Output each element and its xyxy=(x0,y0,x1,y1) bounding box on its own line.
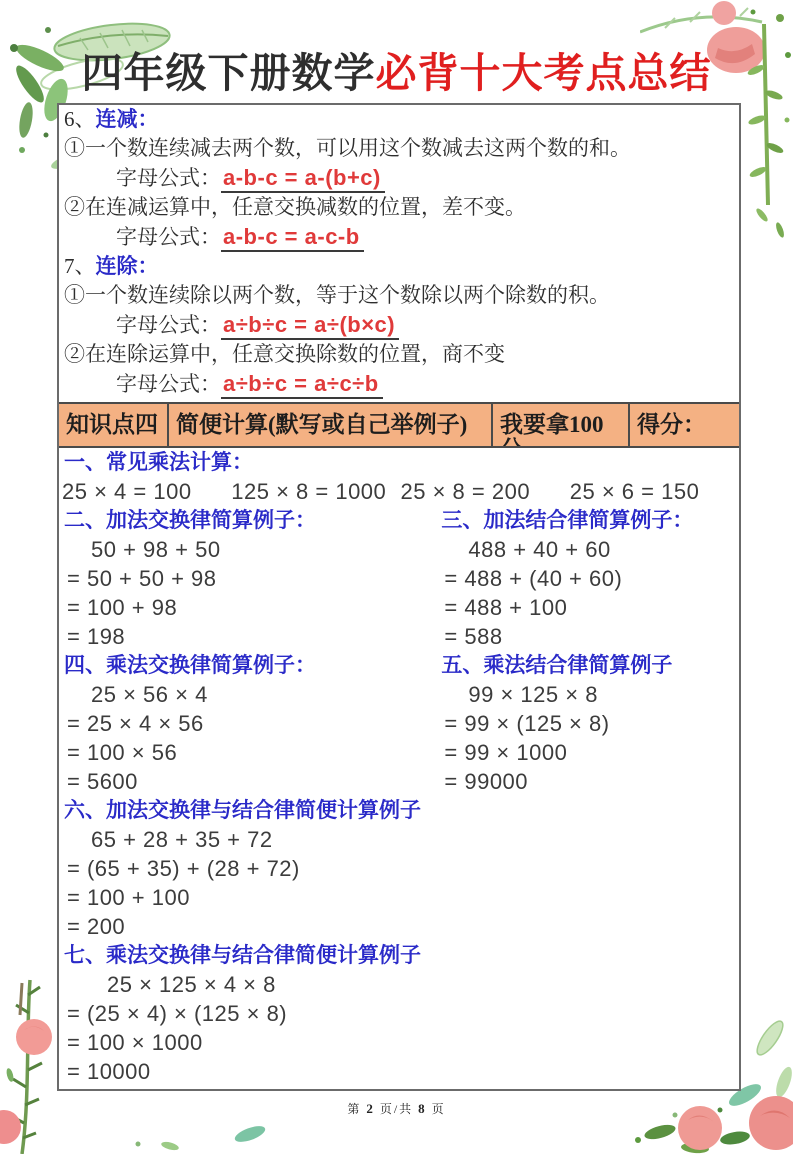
section-7-formula-2: a÷b÷c = a÷c÷b xyxy=(221,371,383,399)
section-7-heading: 7、连除： xyxy=(59,252,739,281)
page-footer: 第 2 页/共 8 页 xyxy=(0,1100,793,1117)
equation-line: 65 + 28 + 35 + 72 xyxy=(59,825,739,854)
section-7-formula-1: a÷b÷c = a÷(b×c) xyxy=(221,312,399,340)
equation-line: = 488 + 100 xyxy=(436,593,739,622)
formula-label: 字母公式： xyxy=(116,313,221,337)
document-page: 四年级下册数学必背十大考点总结 6、连减： ①一个数连续减去两个数，可以用这个数… xyxy=(0,0,793,1154)
section-6-rule-1: ①一个数连续减去两个数，可以用这个数减去这两个数的和。 xyxy=(59,134,739,163)
formula-label: 字母公式： xyxy=(116,166,221,190)
formula-label: 字母公式： xyxy=(116,225,221,249)
example-6-block: 六、加法交换律与结合律简便计算例子 65 + 28 + 35 + 72 = (6… xyxy=(59,796,739,941)
footer-suffix: 页 xyxy=(432,1102,446,1116)
equation-line: 25 × 125 × 4 × 8 xyxy=(59,970,739,999)
equation-line: 50 + 98 + 50 xyxy=(59,535,436,564)
multiplication-fact: 125 × 8 = 1000 xyxy=(231,477,400,506)
formula-label: 字母公式： xyxy=(116,372,221,396)
equation-line: = 99000 xyxy=(436,767,739,796)
equation-line: = 50 + 50 + 98 xyxy=(59,564,436,593)
multiplication-fact: 25 × 4 = 100 xyxy=(62,477,231,506)
equation-line: = 588 xyxy=(436,622,739,651)
examples-row-2-3: 二、加法交换律简算例子： 50 + 98 + 50 = 50 + 50 + 98… xyxy=(59,506,739,651)
section-6-formula-2-line: 字母公式：a-b-c = a-c-b xyxy=(59,222,739,252)
section-7-formula-1-line: 字母公式：a÷b÷c = a÷(b×c) xyxy=(59,310,739,340)
equation-line: 99 × 125 × 8 xyxy=(436,680,739,709)
footer-total-pages: 8 xyxy=(418,1101,427,1116)
example-1-heading: 一、常见乘法计算： xyxy=(59,448,739,477)
knowledge-table-cell-score: 得分： xyxy=(630,404,739,446)
section-6-heading: 6、连减： xyxy=(59,105,739,134)
example-5-block: 五、乘法结合律简算例子 99 × 125 × 8 = 99 × (125 × 8… xyxy=(436,651,739,796)
section-7-rule-1: ①一个数连续除以两个数，等于这个数除以两个除数的积。 xyxy=(59,281,739,310)
multiplication-fact: 25 × 6 = 150 xyxy=(570,477,739,506)
section-7-rule-2: ②在连除运算中，任意交换除数的位置，商不变 xyxy=(59,340,739,369)
knowledge-point-table: 知识点四 简便计算(默写或自己举例子) 我要拿100分 得分： xyxy=(59,402,739,448)
page-title-black-part: 四年级下册数学 xyxy=(82,50,376,96)
section-6-formula-1: a-b-c = a-(b+c) xyxy=(221,165,385,193)
section-6-formula-2: a-b-c = a-c-b xyxy=(221,224,364,252)
example-4-block: 四、乘法交换律简算例子： 25 × 56 × 4 = 25 × 4 × 56 =… xyxy=(59,651,436,796)
example-4-heading: 四、乘法交换律简算例子： xyxy=(59,651,436,680)
equation-line: = (25 × 4) × (125 × 8) xyxy=(59,999,739,1028)
equation-line: = 5600 xyxy=(59,767,436,796)
example-3-heading: 三、加法结合律简算例子： xyxy=(436,506,739,535)
example-2-heading: 二、加法交换律简算例子： xyxy=(59,506,436,535)
footer-prefix: 第 xyxy=(347,1102,361,1116)
multiplication-fact: 25 × 8 = 200 xyxy=(401,477,570,506)
equation-line: = 99 × 1000 xyxy=(436,738,739,767)
equation-line: = 200 xyxy=(59,912,739,941)
equation-line: = (65 + 35) + (28 + 72) xyxy=(59,854,739,883)
equation-line: = 198 xyxy=(59,622,436,651)
example-1-row: 25 × 4 = 100 125 × 8 = 1000 25 × 8 = 200… xyxy=(59,477,739,506)
section-7-number: 7、 xyxy=(64,254,96,278)
equation-line: = 99 × (125 × 8) xyxy=(436,709,739,738)
examples-row-4-5: 四、乘法交换律简算例子： 25 × 56 × 4 = 25 × 4 × 56 =… xyxy=(59,651,739,796)
section-6-label: 连减： xyxy=(96,107,159,131)
knowledge-table-cell-topic: 知识点四 xyxy=(59,404,169,446)
equation-line: = 10000 xyxy=(59,1057,739,1086)
footer-infix: 页/共 xyxy=(380,1102,413,1116)
equation-line: 488 + 40 + 60 xyxy=(436,535,739,564)
page-title-red-part: 必背十大考点总结 xyxy=(376,50,712,96)
equation-line: = 100 + 100 xyxy=(59,883,739,912)
equation-line: = 25 × 4 × 56 xyxy=(59,709,436,738)
section-7-formula-2-line: 字母公式：a÷b÷c = a÷c÷b xyxy=(59,369,739,399)
example-7-heading: 七、乘法交换律与结合律简便计算例子 xyxy=(59,941,739,970)
equation-line: 25 × 56 × 4 xyxy=(59,680,436,709)
section-6-number: 6、 xyxy=(64,107,96,131)
section-6-formula-1-line: 字母公式：a-b-c = a-(b+c) xyxy=(59,163,739,193)
page-title: 四年级下册数学必背十大考点总结 xyxy=(0,40,793,99)
section-7-label: 连除： xyxy=(96,254,159,278)
example-3-block: 三、加法结合律简算例子： 488 + 40 + 60 = 488 + (40 +… xyxy=(436,506,739,651)
equation-line: = 100 × 1000 xyxy=(59,1028,739,1057)
example-2-block: 二、加法交换律简算例子： 50 + 98 + 50 = 50 + 50 + 98… xyxy=(59,506,436,651)
knowledge-table-cell-description: 简便计算(默写或自己举例子) xyxy=(169,404,493,446)
footer-page-number: 2 xyxy=(366,1101,375,1116)
example-6-heading: 六、加法交换律与结合律简便计算例子 xyxy=(59,796,739,825)
section-6-rule-2: ②在连减运算中，任意交换减数的位置，差不变。 xyxy=(59,193,739,222)
equation-line: = 100 × 56 xyxy=(59,738,436,767)
equation-line: = 488 + (40 + 60) xyxy=(436,564,739,593)
knowledge-table-cell-goal: 我要拿100分 xyxy=(493,404,630,446)
equation-line: = 100 + 98 xyxy=(59,593,436,622)
example-5-heading: 五、乘法结合律简算例子 xyxy=(436,651,739,680)
watercolor-sprig-bottom-center-decoration xyxy=(130,1120,310,1154)
example-7-block: 七、乘法交换律与结合律简便计算例子 25 × 125 × 4 × 8 = (25… xyxy=(59,941,739,1086)
content-box: 6、连减： ①一个数连续减去两个数，可以用这个数减去这两个数的和。 字母公式：a… xyxy=(57,103,741,1091)
